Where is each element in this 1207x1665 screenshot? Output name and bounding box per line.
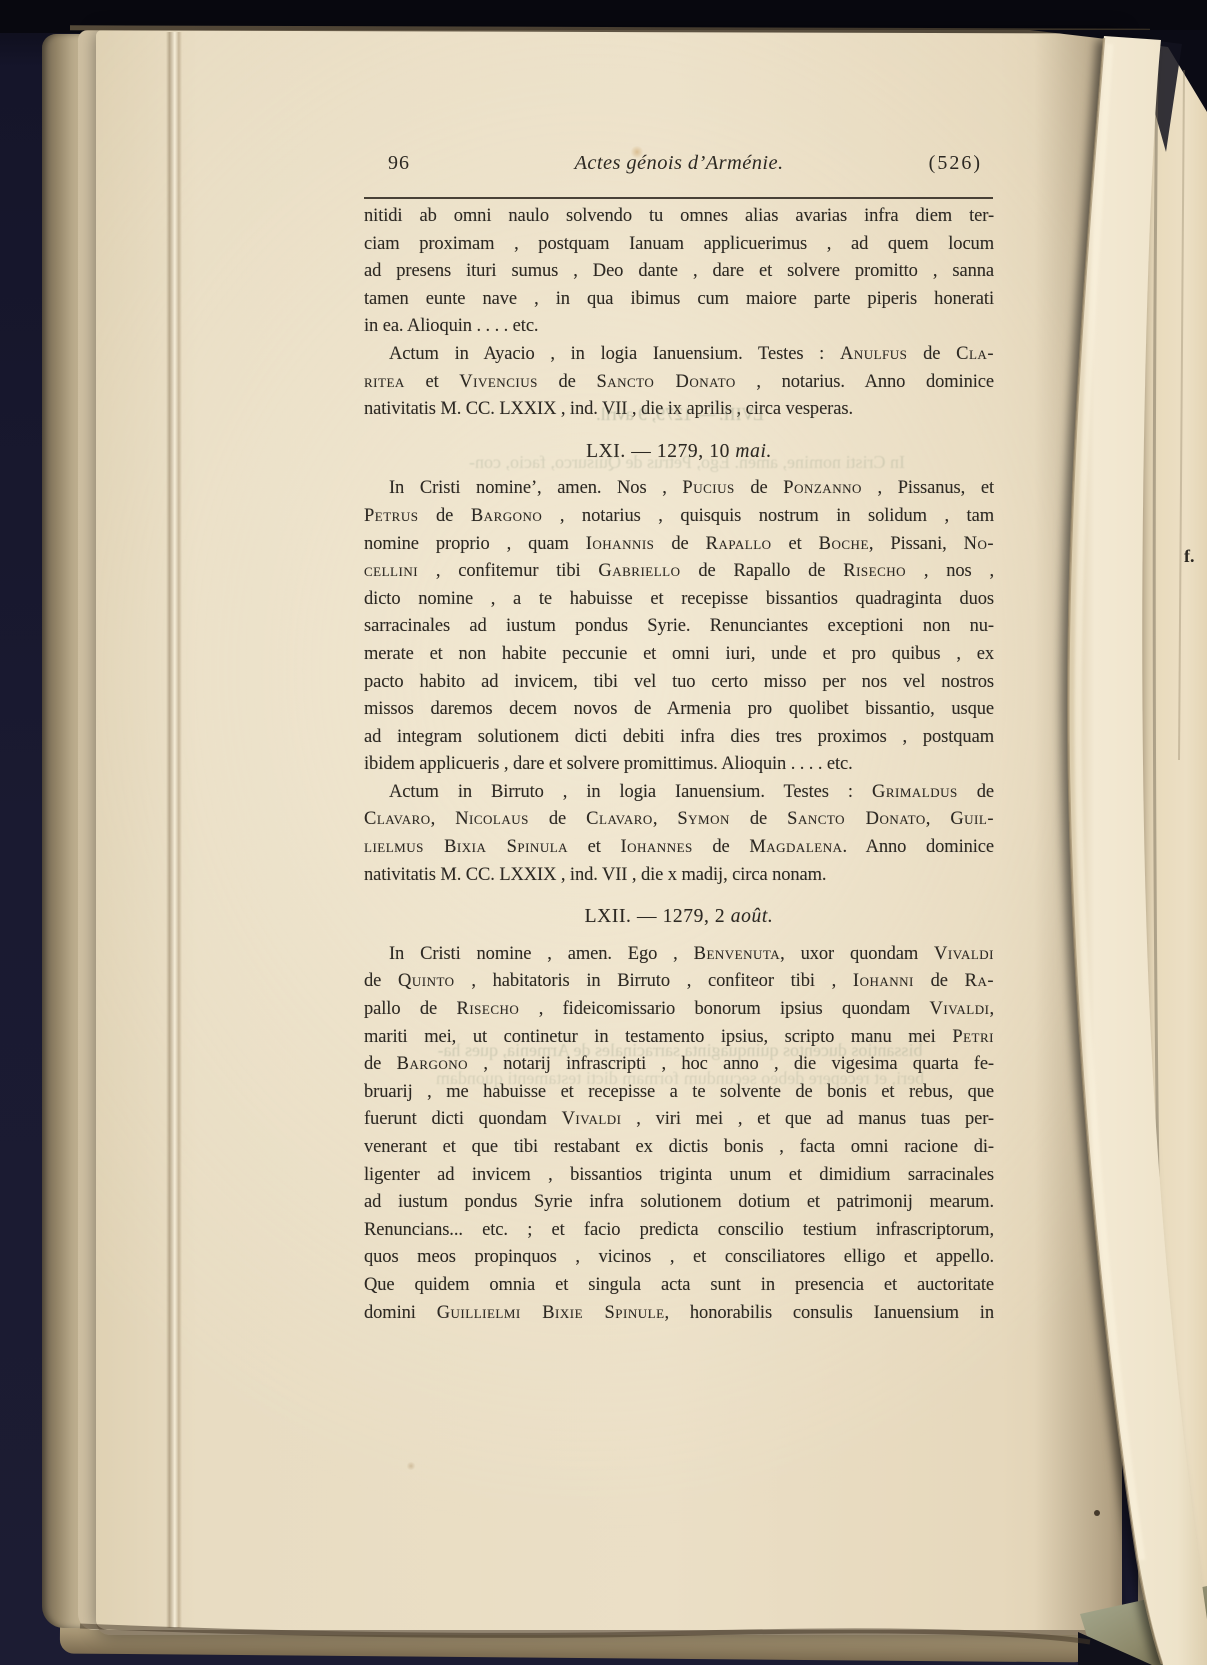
text-line: fuerunt dicti quondam Vivaldi , viri mei… (364, 1106, 994, 1134)
text-line: Clavaro, Nicolaus de Clavaro, Symon de S… (364, 806, 994, 834)
text-line: ligenter ad invicem , bissantios trigint… (364, 1162, 994, 1190)
page-header: 96 Actes génois d’Arménie. (526) (364, 152, 994, 182)
text-line: sarracinales ad iustum pondus Syrie. Ren… (364, 613, 994, 641)
text-line: de Quinto , habitatoris in Birruto , con… (364, 968, 994, 996)
text-line: nitidi ab omni naulo solvendo tu omnes a… (364, 203, 994, 231)
text-line: venerant et que tibi restabant ex dictis… (364, 1134, 994, 1162)
text-line: pacto habito ad invicem, tibi vel tuo ce… (364, 669, 994, 697)
paper-stain (406, 1462, 416, 1470)
text-line: nativitatis M. CC. LXXIX , ind. VII , di… (364, 862, 994, 890)
text-line: ibidem applicueris , dare et solvere pro… (364, 751, 994, 779)
text-line: Actum in Ayacio , in logia Ianuensium. T… (364, 341, 994, 369)
next-page-edge (1138, 44, 1207, 1636)
document-paragraph: nitidi ab omni naulo solvendo tu omnes a… (364, 203, 994, 341)
column-number: (526) (929, 152, 982, 175)
text-line: merate et non habite peccunie et omni iu… (364, 641, 994, 669)
paper-speck (1094, 1510, 1100, 1516)
text-line: dicto nomine , a te habuisse et recepiss… (364, 586, 994, 614)
text-line: LXI. — 1279, 10 mai. (364, 438, 994, 466)
text-line: nomine proprio , quam Iohannis de Rapall… (364, 531, 994, 559)
text-line: ad iustum pondus Syrie infra solutionem … (364, 1189, 994, 1217)
text-line: lielmus Bixia Spinula et Iohannes de Mag… (364, 834, 994, 862)
text-line: domini Guillielmi Bixie Spinule, honorab… (364, 1300, 994, 1328)
document-paragraph: Actum in Ayacio , in logia Ianuensium. T… (364, 341, 994, 424)
text-line: missos daremos decem novos de Armenia pr… (364, 696, 994, 724)
text-line: Actum in Birruto , in logia Ianuensium. … (364, 779, 994, 807)
signature-mark: f. (1184, 546, 1195, 567)
text-line: tamen eunte nave , in qua ibimus cum mai… (364, 286, 994, 314)
text-line: nativitatis M. CC. LXXIX , ind. VII , di… (364, 396, 994, 424)
text-line: In Cristi nomine , amen. Ego , Benvenuta… (364, 941, 994, 969)
text-line: ciam proximam , postquam Ianuam applicue… (364, 231, 994, 259)
scanned-book-photo: 96 Actes génois d’Arménie. (526) nitidi … (0, 0, 1207, 1665)
text-line: mariti mei, ut continetur in testamento … (364, 1024, 994, 1052)
text-line: pallo de Risecho , fideicomissario bonor… (364, 996, 994, 1024)
text-line: Renuncians... etc. ; et facio predicta c… (364, 1217, 994, 1245)
text-line: quos meos propinquos , vicinos , et cons… (364, 1244, 994, 1272)
text-line: in ea. Alioquin . . . . etc. (364, 313, 994, 341)
text-line: ad presens ituri sumus , Deo dante , dar… (364, 258, 994, 286)
text-line: bruarij , me habuisse et recepisse a te … (364, 1079, 994, 1107)
section-heading: LXI. — 1279, 10 mai. (364, 438, 994, 466)
text-line: ritea et Vivencius de Sancto Donato , no… (364, 369, 994, 397)
text-line: cellini , confitemur tibi Gabriello de R… (364, 558, 994, 586)
text-line: ad integram solutionem dicti debiti infr… (364, 724, 994, 752)
document-paragraph: In Cristi nomine , amen. Ego , Benvenuta… (364, 941, 994, 1327)
document-paragraph: In Cristi nomine’, amen. Nos , Pucius de… (364, 475, 994, 779)
text-line: Que quidem omnia et singula acta sunt in… (364, 1272, 994, 1300)
text-line: LXII. — 1279, 2 août. (364, 903, 994, 931)
text-line: de Bargono , notarij infrascripti , hoc … (364, 1051, 994, 1079)
text-column: nitidi ab omni naulo solvendo tu omnes a… (364, 203, 994, 1327)
header-rule (364, 197, 993, 199)
paper-stain (630, 146, 644, 158)
running-title: Actes génois d’Arménie. (364, 152, 994, 175)
deckle-seam (166, 32, 182, 1628)
document-paragraph: Actum in Birruto , in logia Ianuensium. … (364, 779, 994, 889)
text-line: In Cristi nomine’, amen. Nos , Pucius de… (364, 475, 994, 503)
gutter-shadow (1034, 34, 1122, 1630)
text-line: Petrus de Bargono , notarius , quisquis … (364, 503, 994, 531)
section-heading: LXII. — 1279, 2 août. (364, 903, 994, 931)
